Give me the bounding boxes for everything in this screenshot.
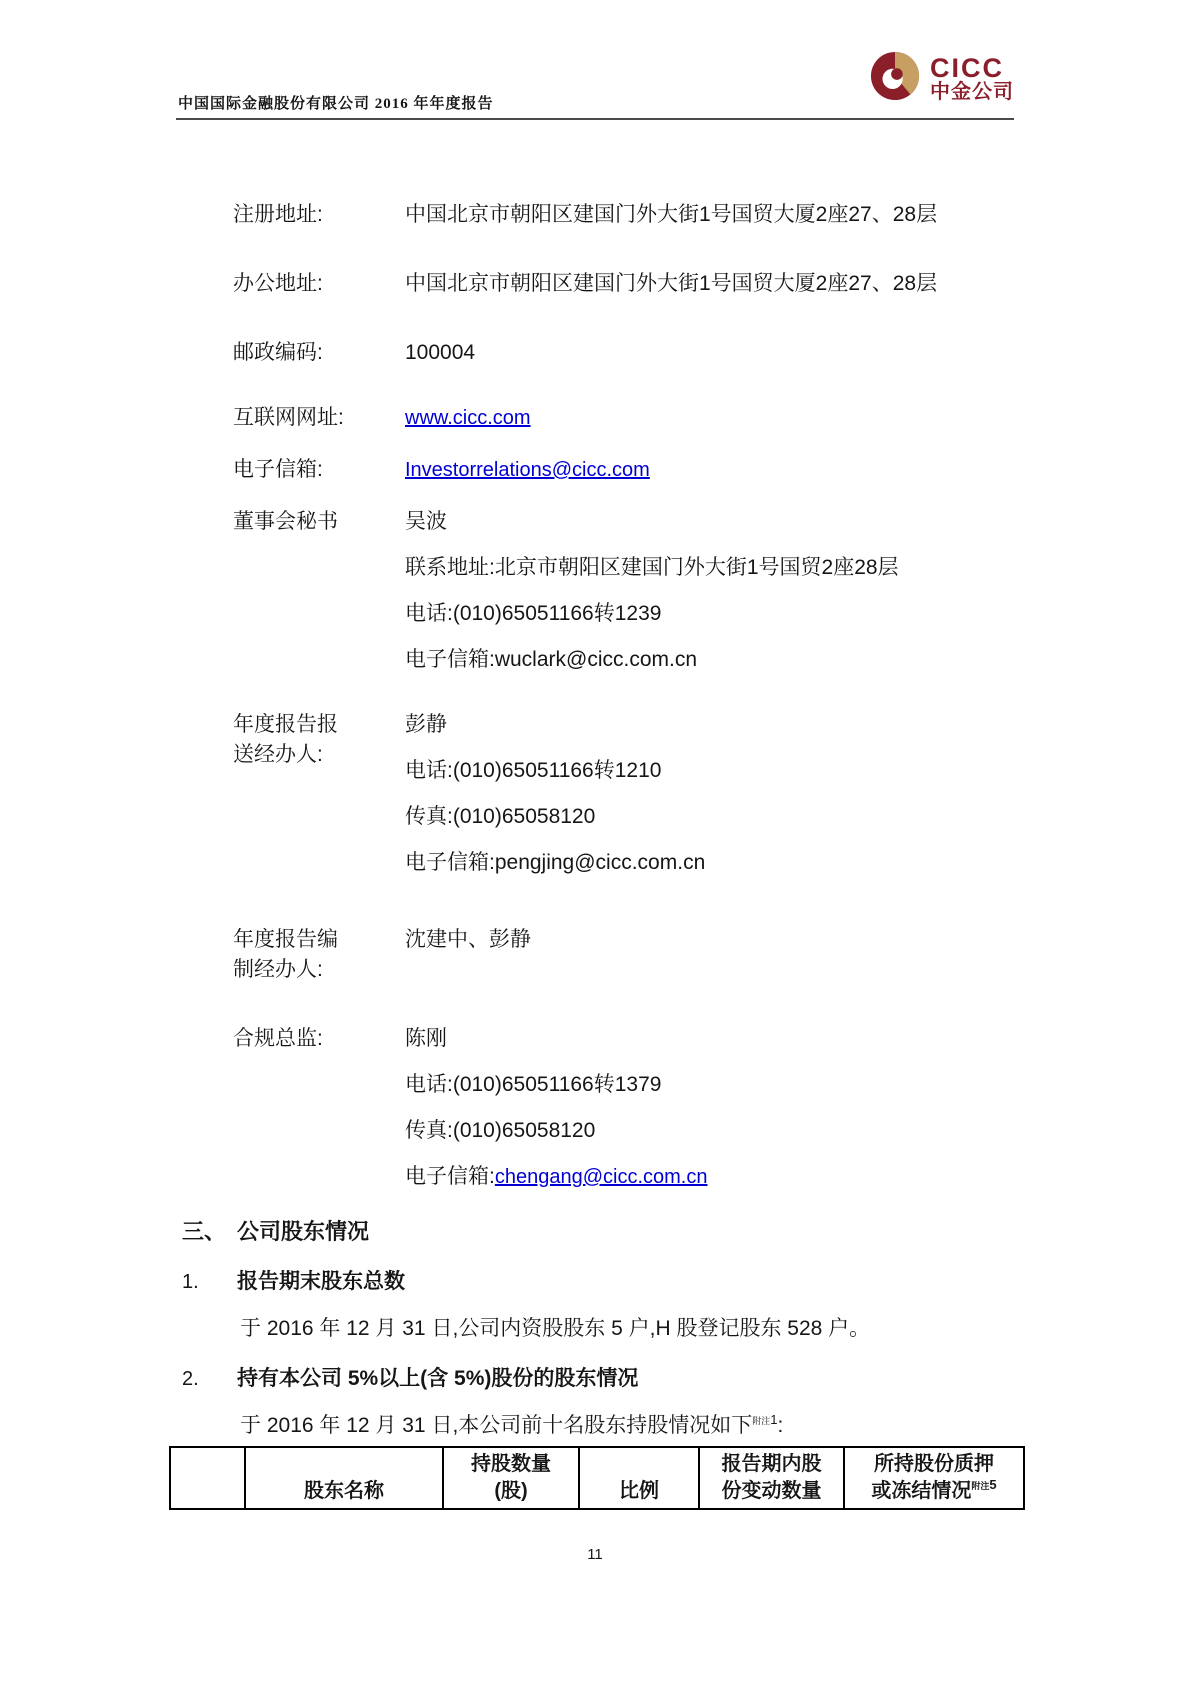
info-row-value-line: www.cicc.com [405,406,1190,430]
info-row-label: 邮政编码: [233,341,405,371]
table-header-line: 所持股份质押 [847,1451,1021,1478]
info-row: 注册地址:中国北京市朝阳区建国门外大街1号国贸大厦2座27、28层 [0,203,1190,233]
info-row-value-line: 电话:(010)65051166转1239 [405,602,1190,626]
table-header-line: (股) [446,1478,576,1505]
info-row-value-line: 中国北京市朝阳区建国门外大街1号国贸大厦2座27、28层 [405,203,1190,227]
footnote-ref-number: 5 [989,1477,996,1492]
info-row-label-line: 注册地址: [233,203,405,227]
value-link[interactable]: Investorrelations@cicc.com [405,459,650,481]
info-row-value-line: 电话:(010)65051166转1379 [405,1073,1190,1097]
info-row-values: 吴波联系地址:北京市朝阳区建国门外大街1号国贸2座28层电话:(010)6505… [405,510,1190,672]
info-row-label-line: 年度报告报 [233,713,405,737]
info-row-label-line: 合规总监: [233,1027,405,1051]
page-header: 中国国际金融股份有限公司 2016 年年度报告 CICC 中金公司 [176,46,1014,120]
section-number: 三、 [182,1220,237,1244]
info-row-label: 注册地址: [233,203,405,233]
page-footer: 11 [0,1546,1190,1563]
section-item-title-text: 持有本公司 5%以上(含 5%)股份的股东情况 [237,1367,638,1391]
table-header-cell: 持股数量(股) [443,1447,579,1509]
paragraph-text: 于 2016 年 12 月 31 日,公司内资股股东 5 户,H 股登记股东 5… [240,1317,870,1340]
table-header-cell: 比例 [579,1447,699,1509]
info-row-value-line: 吴波 [405,510,1190,534]
info-row-values: Investorrelations@cicc.com [405,458,1190,482]
section-item-paragraph: 于 2016 年 12 月 31 日,本公司前十名股东持股情况如下附注1: [182,1414,1042,1438]
info-row-label: 董事会秘书 [233,510,405,540]
section-item-number: 1. [182,1270,237,1294]
footnote-ref-number: 1 [770,1412,777,1427]
info-row-label: 年度报告编制经办人: [233,928,405,988]
info-row-values: 陈刚电话:(010)65051166转1379传真:(010)65058120电… [405,1027,1190,1189]
info-row: 董事会秘书吴波联系地址:北京市朝阳区建国门外大街1号国贸2座28层电话:(010… [0,510,1190,672]
top-shareholders-table: 股东名称持股数量(股)比例报告期内股份变动数量所持股份质押或冻结情况附注5 [169,1446,1025,1510]
cicc-logo: CICC 中金公司 [870,50,1014,107]
info-row-value-line: 100004 [405,341,1190,365]
table-header-cell: 股东名称 [245,1447,443,1509]
page-number: 11 [587,1546,603,1563]
info-row-value-line: 沈建中、彭静 [405,928,1190,952]
value-text: 电话:(010)65051166转1210 [405,759,661,782]
value-text: 中国北京市朝阳区建国门外大街1号国贸大厦2座27、28层 [405,203,937,226]
value-text: 100004 [405,341,475,364]
info-row-label: 互联网网址: [233,406,405,436]
value-link[interactable]: chengang@cicc.com.cn [495,1166,708,1188]
info-row-value-line: Investorrelations@cicc.com [405,458,1190,482]
section-title: 公司股东情况 [237,1220,369,1244]
report-title: 中国国际金融股份有限公司 2016 年年度报告 [178,92,494,113]
info-row: 合规总监:陈刚电话:(010)65051166转1379传真:(010)6505… [0,1027,1190,1189]
info-row: 互联网网址:www.cicc.com [0,406,1190,436]
info-row-value-line: 传真:(010)65058120 [405,805,1190,829]
info-row-value-line: 电子信箱:chengang@cicc.com.cn [405,1165,1190,1189]
info-row-value-line: 电子信箱:pengjing@cicc.com.cn [405,851,1190,875]
info-row-values: 沈建中、彭静 [405,928,1190,952]
value-text: 电子信箱:pengjing@cicc.com.cn [405,851,705,874]
footnote-ref: 附注1 [752,1412,777,1427]
value-text: 吴波 [405,510,447,533]
value-text: 传真:(010)65058120 [405,805,595,828]
info-row-values: 100004 [405,341,1190,365]
value-text: 沈建中、彭静 [405,928,531,951]
info-row-label-line: 年度报告编 [233,928,405,952]
info-row-value-line: 电话:(010)65051166转1210 [405,759,1190,783]
info-row: 办公地址:中国北京市朝阳区建国门外大街1号国贸大厦2座27、28层 [0,272,1190,302]
value-text: 联系地址:北京市朝阳区建国门外大街1号国贸2座28层 [405,556,899,579]
footnote-ref-label: 附注 [752,1416,770,1426]
table-header-cell: 所持股份质押或冻结情况附注5 [844,1447,1024,1509]
info-row-value-line: 彭静 [405,713,1190,737]
table-header-line: 或冻结情况附注5 [847,1478,1021,1505]
info-row-label-line: 互联网网址: [233,406,405,430]
table-header-line: 股东名称 [248,1478,440,1505]
info-row-label-line: 制经办人: [233,958,405,982]
section-heading: 三、 公司股东情况 [182,1220,1042,1244]
info-row-label-line: 送经办人: [233,743,405,767]
value-text: 电话:(010)65051166转1379 [405,1073,661,1096]
info-row-label-line: 邮政编码: [233,341,405,365]
info-row-values: 彭静电话:(010)65051166转1210传真:(010)65058120电… [405,713,1190,875]
info-row: 年度报告编制经办人:沈建中、彭静 [0,928,1190,988]
section-item-paragraph: 于 2016 年 12 月 31 日,公司内资股股东 5 户,H 股登记股东 5… [182,1317,1042,1341]
info-row-values: 中国北京市朝阳区建国门外大街1号国贸大厦2座27、28层 [405,203,1190,227]
info-row: 邮政编码:100004 [0,341,1190,371]
footnote-ref-label: 附注 [971,1481,989,1491]
cicc-logo-zh: 中金公司 [930,82,1014,103]
table-header-line: 持股数量 [446,1451,576,1478]
value-text: 电子信箱:wuclark@cicc.com.cn [405,648,697,671]
info-row-label-line: 办公地址: [233,272,405,296]
info-row: 年度报告报送经办人:彭静电话:(010)65051166转1210传真:(010… [0,713,1190,875]
paragraph-text: 于 2016 年 12 月 31 日,本公司前十名股东持股情况如下 [240,1414,752,1437]
value-text: 电话:(010)65051166转1239 [405,602,661,625]
info-row-label-line: 董事会秘书 [233,510,405,534]
table-header-line: 报告期内股 [702,1451,841,1478]
section-item-title: 1.报告期末股东总数 [182,1270,1042,1294]
info-row-label: 电子信箱: [233,458,405,488]
annual-report-page: 中国国际金融股份有限公司 2016 年年度报告 CICC 中金公司 注册地址:中… [0,0,1190,1684]
info-row-value-line: 联系地址:北京市朝阳区建国门外大街1号国贸2座28层 [405,556,1190,580]
info-row-values: 中国北京市朝阳区建国门外大街1号国贸大厦2座27、28层 [405,272,1190,296]
table-header-cell: 报告期内股份变动数量 [699,1447,844,1509]
table-header-line: 比例 [582,1478,696,1505]
company-info-list: 注册地址:中国北京市朝阳区建国门外大街1号国贸大厦2座27、28层办公地址:中国… [0,203,1190,1189]
value-link[interactable]: www.cicc.com [405,407,531,429]
footnote-ref: 附注5 [971,1477,996,1492]
value-text: 中国北京市朝阳区建国门外大街1号国贸大厦2座27、28层 [405,272,937,295]
section-item-title: 2.持有本公司 5%以上(含 5%)股份的股东情况 [182,1367,1042,1391]
value-text: 传真:(010)65058120 [405,1119,595,1142]
info-row-label: 年度报告报送经办人: [233,713,405,773]
info-row-value-line: 传真:(010)65058120 [405,1119,1190,1143]
info-row-value-line: 电子信箱:wuclark@cicc.com.cn [405,648,1190,672]
cicc-logo-en: CICC [930,54,1014,82]
info-row-value-line: 陈刚 [405,1027,1190,1051]
info-row-values: www.cicc.com [405,406,1190,430]
table-header-line: 份变动数量 [702,1478,841,1505]
cicc-logo-text: CICC 中金公司 [930,54,1014,103]
table-header-cell [170,1447,245,1509]
value-text: 陈刚 [405,1027,447,1050]
value-prefix: 电子信箱: [405,1165,495,1188]
shareholders-section: 三、 公司股东情况 1.报告期末股东总数于 2016 年 12 月 31 日,公… [182,1220,1042,1438]
info-row-label: 合规总监: [233,1027,405,1057]
section-item-number: 2. [182,1367,237,1391]
info-row: 电子信箱:Investorrelations@cicc.com [0,458,1190,488]
table-header-row: 股东名称持股数量(股)比例报告期内股份变动数量所持股份质押或冻结情况附注5 [170,1447,1024,1509]
cicc-logo-icon [870,50,920,107]
info-row-label-line: 电子信箱: [233,458,405,482]
value-text: 彭静 [405,713,447,736]
section-item-title-text: 报告期末股东总数 [237,1270,405,1294]
info-row-label: 办公地址: [233,272,405,302]
info-row-value-line: 中国北京市朝阳区建国门外大街1号国贸大厦2座27、28层 [405,272,1190,296]
paragraph-tail: : [778,1414,784,1437]
